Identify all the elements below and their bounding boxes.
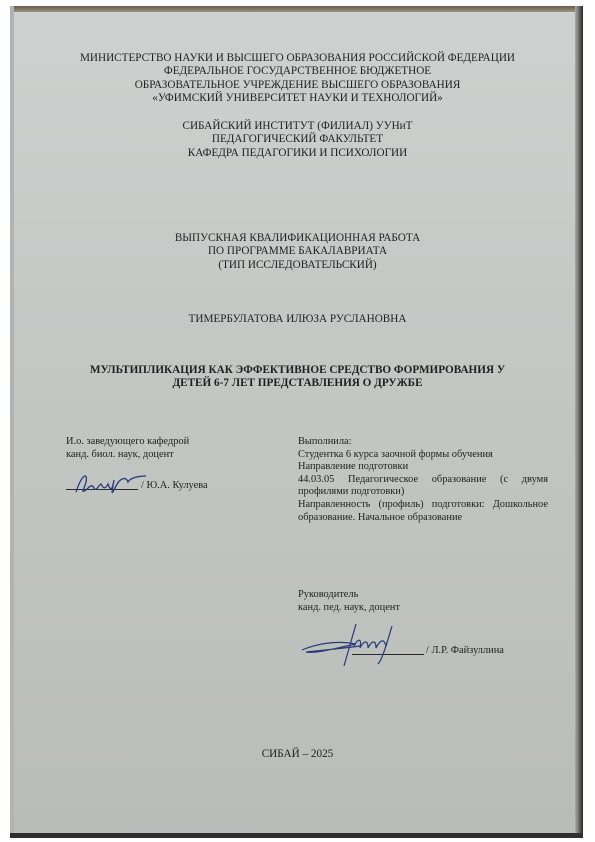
thesis-title: МУЛЬТИПЛИКАЦИЯ КАК ЭФФЕКТИВНОЕ СРЕДСТВО … — [0, 364, 595, 391]
direction-label: Направление подготовки — [298, 461, 548, 474]
head-position: И.о. заведующего кафедрой — [66, 436, 266, 449]
head-signature-icon — [68, 468, 148, 500]
profile-value: Направленность (профиль) подготовки: Дош… — [298, 499, 548, 524]
program-line: ПО ПРОГРАММЕ БАКАЛАВРИАТА — [0, 245, 595, 258]
work-type-block: ВЫПУСКНАЯ КВАЛИФИКАЦИОННАЯ РАБОТА ПО ПРО… — [0, 232, 595, 272]
title-line: ДЕТЕЙ 6-7 ЛЕТ ПРЕДСТАВЛЕНИЯ О ДРУЖБЕ — [0, 377, 595, 390]
page-bottom-edge — [10, 833, 583, 838]
author-name: ТИМЕРБУЛАТОВА ИЛЮЗА РУСЛАНОВНА — [0, 313, 595, 326]
performer-block: Выполнила: Студентка 6 курса заочной фор… — [298, 436, 548, 524]
performer-label: Выполнила: — [298, 436, 548, 449]
head-of-department-block: И.о. заведующего кафедрой канд. биол. на… — [66, 436, 266, 461]
supervisor-degree: канд. пед. наук, доцент — [298, 602, 548, 615]
head-name: / Ю.А. Кулуева — [141, 480, 208, 493]
institute-name: СИБАЙСКИЙ ИНСТИТУТ (ФИЛИАЛ) УУНиТ — [0, 120, 595, 133]
institution-type-line: ОБРАЗОВАТЕЛЬНОЕ УЧРЕЖДЕНИЕ ВЫСШЕГО ОБРАЗ… — [0, 79, 595, 92]
student-info: Студентка 6 курса заочной формы обучения — [298, 449, 548, 462]
city-year: СИБАЙ – 2025 — [0, 748, 595, 761]
direction-value: 44.03.05 Педагогическое образование (с д… — [298, 474, 548, 499]
head-degree: канд. биол. наук, доцент — [66, 449, 266, 462]
supervisor-name: / Л.Р. Файзуллина — [426, 645, 504, 658]
ministry-header: МИНИСТЕРСТВО НАУКИ И ВЫСШЕГО ОБРАЗОВАНИЯ… — [0, 52, 595, 106]
faculty-name: ПЕДАГОГИЧЕСКИЙ ФАКУЛЬТЕТ — [0, 133, 595, 146]
work-type-line: ВЫПУСКНАЯ КВАЛИФИКАЦИОННАЯ РАБОТА — [0, 232, 595, 245]
supervisor-signature-icon — [296, 620, 426, 670]
supervisor-role: Руководитель — [298, 589, 548, 602]
university-name: «УФИМСКИЙ УНИВЕРСИТЕТ НАУКИ И ТЕХНОЛОГИЙ… — [0, 92, 595, 105]
institute-block: СИБАЙСКИЙ ИНСТИТУТ (ФИЛИАЛ) УУНиТ ПЕДАГО… — [0, 120, 595, 160]
supervisor-block: Руководитель канд. пед. наук, доцент — [298, 589, 548, 614]
ministry-line: МИНИСТЕРСТВО НАУКИ И ВЫСШЕГО ОБРАЗОВАНИЯ… — [0, 52, 595, 65]
research-type-line: (ТИП ИССЛЕДОВАТЕЛЬСКИЙ) — [0, 259, 595, 272]
department-name: КАФЕДРА ПЕДАГОГИКИ И ПСИХОЛОГИИ — [0, 147, 595, 160]
federal-line: ФЕДЕРАЛЬНОЕ ГОСУДАРСТВЕННОЕ БЮДЖЕТНОЕ — [0, 65, 595, 78]
title-line: МУЛЬТИПЛИКАЦИЯ КАК ЭФФЕКТИВНОЕ СРЕДСТВО … — [0, 364, 595, 377]
page-top-edge — [10, 6, 583, 12]
